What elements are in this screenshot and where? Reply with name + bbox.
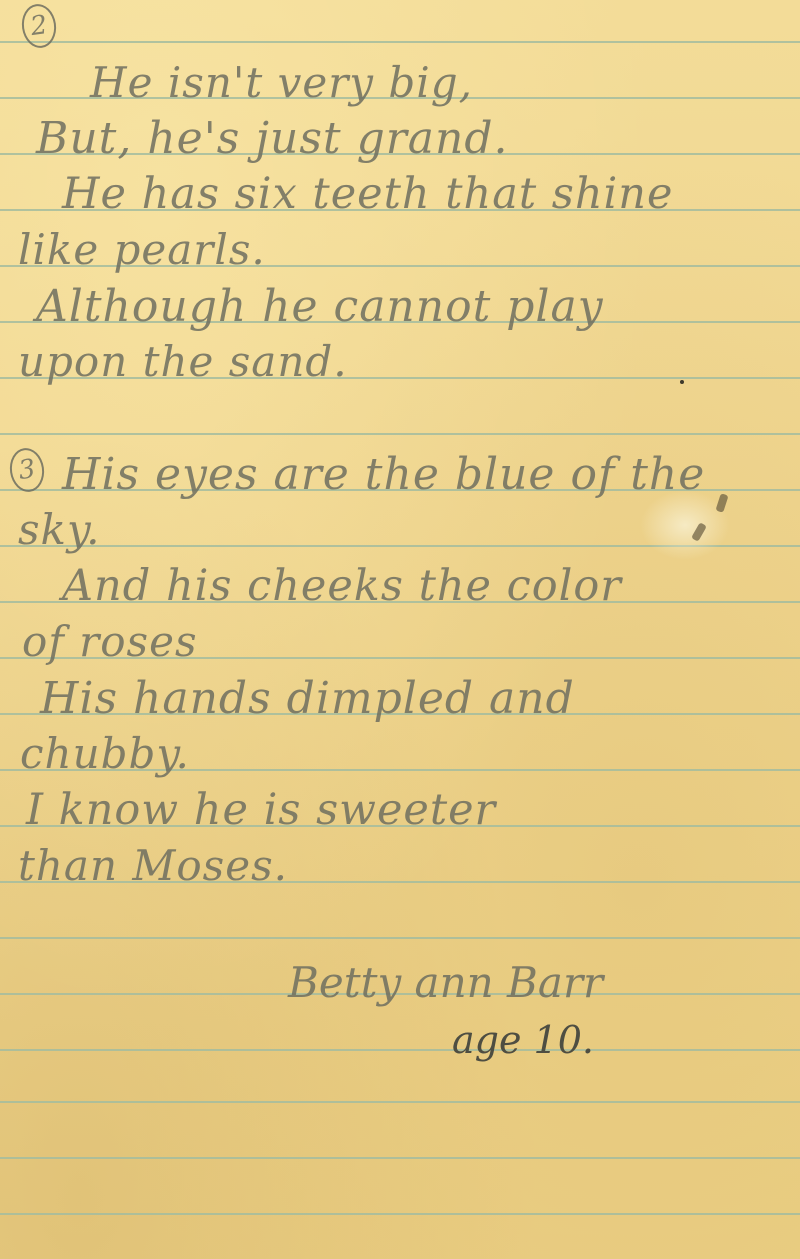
stain-mark xyxy=(715,493,728,513)
ruled-line xyxy=(0,433,800,435)
lined-paper-page: 2 He isn't very big, But, he's just gran… xyxy=(0,0,800,1259)
poem-line: sky. xyxy=(18,509,101,551)
ruled-line xyxy=(0,1213,800,1215)
ruled-line xyxy=(0,1049,800,1051)
signature-name: Betty ann Barr xyxy=(288,958,603,1007)
poem-line: of roses xyxy=(22,621,198,663)
pencil-dot xyxy=(680,380,684,384)
stanza-number: 2 xyxy=(29,10,50,42)
ruled-line xyxy=(0,41,800,43)
poem-line: I know he is sweeter xyxy=(26,789,496,832)
poem-line: He has six teeth that shine xyxy=(62,173,673,216)
poem-line: than Moses. xyxy=(18,845,288,887)
stanza-number: 3 xyxy=(17,454,38,486)
poem-line: Although he cannot play xyxy=(36,285,604,329)
ruled-line xyxy=(0,937,800,939)
ruled-line xyxy=(0,1157,800,1159)
poem-line: upon the sand. xyxy=(18,341,348,383)
paper-stain xyxy=(640,490,730,560)
poem-line: He isn't very big, xyxy=(90,62,473,104)
poem-line: But, he's just grand. xyxy=(36,117,509,161)
ruled-line xyxy=(0,1101,800,1103)
poem-line: His hands dimpled and xyxy=(40,677,575,721)
poem-line: His eyes are the blue of the xyxy=(62,453,705,497)
poem-line: like pearls. xyxy=(18,229,266,271)
stanza-number-circle: 3 xyxy=(7,446,47,494)
poem-line: chubby. xyxy=(20,733,190,775)
poem-line: And his cheeks the color xyxy=(62,565,622,608)
signature-age: age 10. xyxy=(452,1018,594,1062)
